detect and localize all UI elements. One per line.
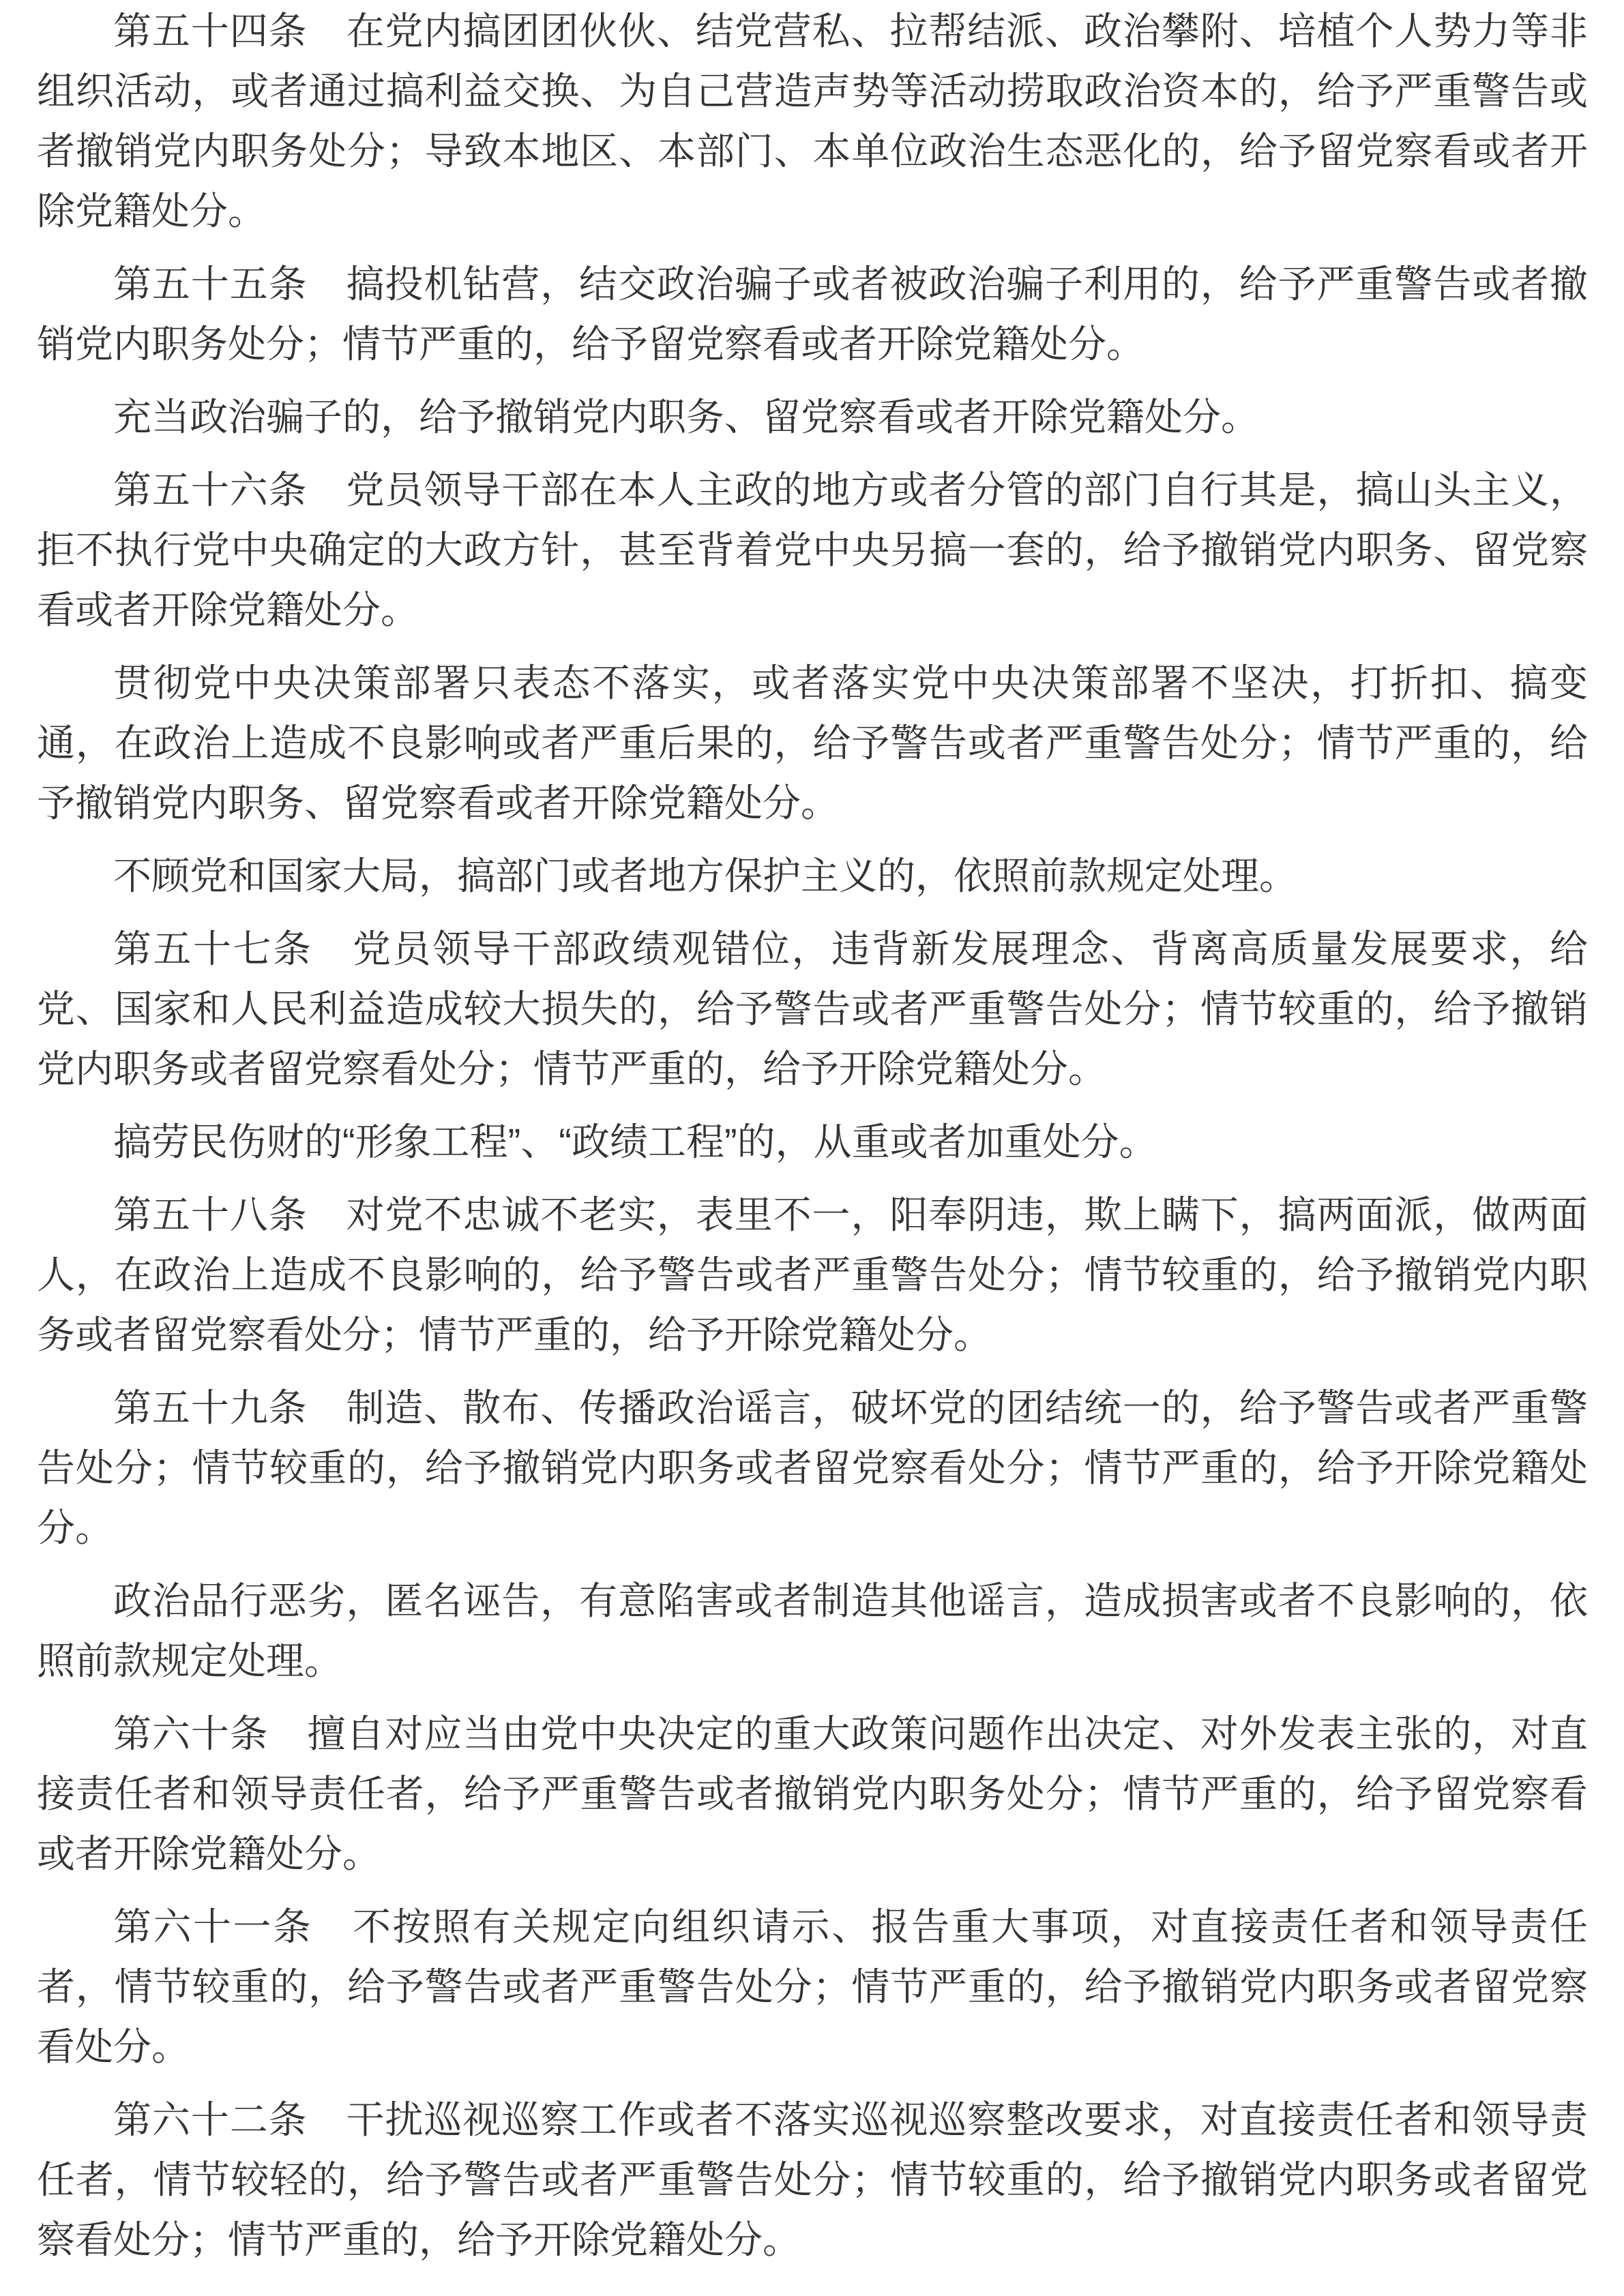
paragraph: 第六十条 擅自对应当由党中央决定的重大政策问题作出决定、对外发表主张的，对直接责… [37,1704,1588,1884]
paragraph: 充当政治骗子的，给予撤销党内职务、留党察看或者开除党籍处分。 [37,387,1588,447]
paragraph: 贯彻党中央决策部署只表态不落实，或者落实党中央决策部署不坚决，打折扣、搞变通，在… [37,653,1588,833]
paragraph: 第五十五条 搞投机钻营，结交政治骗子或者被政治骗子利用的，给予严重警告或者撤销党… [37,254,1588,374]
article-body: 第五十四条 在党内搞团团伙伙、结党营私、拉帮结派、政治攀附、培植个人势力等非组织… [0,0,1624,2270]
paragraph: 第五十四条 在党内搞团团伙伙、结党营私、拉帮结派、政治攀附、培植个人势力等非组织… [37,1,1588,241]
paragraph: 搞劳民伤财的“形象工程”、“政绩工程”的，从重或者加重处分。 [37,1112,1588,1172]
paragraph: 不顾党和国家大局，搞部门或者地方保护主义的，依照前款规定处理。 [37,846,1588,906]
document-page: 第五十四条 在党内搞团团伙伙、结党营私、拉帮结派、政治攀附、培植个人势力等非组织… [0,0,1624,2296]
paragraph: 第六十一条 不按照有关规定向组织请示、报告重大事项，对直接责任者和领导责任者，情… [37,1897,1588,2077]
paragraph: 第六十二条 干扰巡视巡察工作或者不落实巡视巡察整改要求，对直接责任者和领导责任者… [37,2090,1588,2270]
paragraph: 第五十八条 对党不忠诚不老实，表里不一，阳奉阴违，欺上瞒下，搞两面派，做两面人，… [37,1185,1588,1365]
paragraph: 第五十七条 党员领导干部政绩观错位，违背新发展理念、背离高质量发展要求，给党、国… [37,919,1588,1099]
paragraph: 政治品行恶劣，匿名诬告，有意陷害或者制造其他谣言，造成损害或者不良影响的，依照前… [37,1571,1588,1691]
paragraph: 第五十九条 制造、散布、传播政治谣言，破坏党的团结统一的，给予警告或者严重警告处… [37,1378,1588,1558]
paragraph: 第五十六条 党员领导干部在本人主政的地方或者分管的部门自行其是，搞山头主义，拒不… [37,460,1588,640]
